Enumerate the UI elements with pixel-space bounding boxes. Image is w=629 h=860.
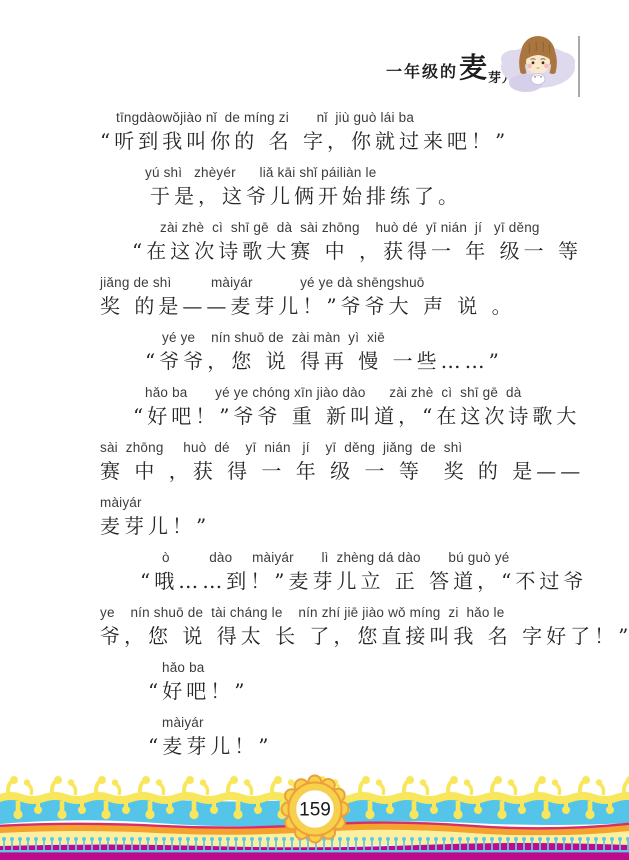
book-title-prefix: 一年级的 xyxy=(386,62,458,81)
pinyin-text: màiyár xyxy=(162,713,589,732)
book-title-main-char: 麦 xyxy=(459,51,487,84)
text-line: hǎo ba yé ye chóng xīn jiào dào zài zhè … xyxy=(100,383,589,430)
pinyin-text: yé ye nín shuō de zài màn yì xiē xyxy=(162,328,589,347)
hanzi-text: “好吧！” xyxy=(148,677,589,705)
hanzi-text: 麦芽儿！” xyxy=(100,512,589,540)
pinyin-text: hǎo ba yé ye chóng xīn jiào dào zài zhè … xyxy=(145,383,589,402)
pinyin-text: tīngdàowǒjiào nǐ de míng zi nǐ jiù guò l… xyxy=(116,108,589,127)
page-number: 159 xyxy=(299,800,331,821)
pinyin-text: hǎo ba xyxy=(162,658,589,677)
pinyin-text: zài zhè cì shī gē dà sài zhōng huò dé yī… xyxy=(160,218,589,237)
hanzi-text: 奖 的是——麦芽儿！”爷爷大 声 说 。 xyxy=(100,292,589,320)
hanzi-text: “听到我叫你的 名 字，你就过来吧！” xyxy=(100,127,589,155)
pinyin-text: sài zhōng huò dé yī nián jí yī děng jiǎn… xyxy=(100,438,589,457)
hanzi-text: 赛 中 ，获 得 一 年 级 一 等 奖 的 是—— xyxy=(100,457,589,485)
pinyin-text: jiǎng de shì màiyár yé ye dà shēngshuō xyxy=(100,273,589,292)
pinyin-text: ò dào màiyár lì zhèng dá dào bú guò yé xyxy=(162,548,589,567)
text-line: hǎo ba “好吧！” xyxy=(100,658,589,705)
hanzi-text: “麦芽儿！” xyxy=(148,732,589,760)
hanzi-text: 爷，您 说 得太 长 了，您直接叫我 名 字好了！” xyxy=(100,622,589,650)
text-line: tīngdàowǒjiào nǐ de míng zi nǐ jiù guò l… xyxy=(100,108,589,155)
hanzi-text: “在这次诗歌大赛 中 ，获得一 年 级一 等 xyxy=(132,237,589,265)
pinyin-text: màiyár xyxy=(100,493,589,512)
hanzi-text: 于是，这爷儿俩开始排练了。 xyxy=(150,182,589,210)
book-title: 一年级的麦芽儿 xyxy=(386,46,516,86)
text-line: ò dào màiyár lì zhèng dá dào bú guò yé “… xyxy=(100,548,589,595)
text-line: màiyár “麦芽儿！” xyxy=(100,713,589,760)
book-page: 一年级的麦芽儿 xyxy=(0,0,629,860)
girl-face xyxy=(519,36,557,74)
girl-illustration xyxy=(498,31,578,97)
text-line: yé ye nín shuō de zài màn yì xiē “爷爷，您 说… xyxy=(100,328,589,375)
text-line: ye nín shuō de tài cháng le nín zhí jiē … xyxy=(100,603,589,650)
header-divider xyxy=(578,36,580,97)
hanzi-text: “爷爷，您 说 得再 慢 一些……” xyxy=(145,347,589,375)
decorative-footer: 159 xyxy=(0,774,629,860)
page-number-badge: 159 xyxy=(278,772,352,846)
pinyin-text: yú shì zhèyér liǎ kāi shǐ páiliàn le xyxy=(145,163,589,182)
text-line: yú shì zhèyér liǎ kāi shǐ páiliàn le 于是，… xyxy=(100,163,589,210)
pinyin-text: ye nín shuō de tài cháng le nín zhí jiē … xyxy=(100,603,589,622)
text-line: màiyár 麦芽儿！” xyxy=(100,493,589,540)
story-text: tīngdàowǒjiào nǐ de míng zi nǐ jiù guò l… xyxy=(0,108,629,768)
girl-body xyxy=(531,74,545,85)
text-line: sài zhōng huò dé yī nián jí yī děng jiǎn… xyxy=(100,438,589,485)
hanzi-text: “哦……到！”麦芽儿立 正 答道，“不过爷 xyxy=(140,567,589,595)
text-line: zài zhè cì shī gē dà sài zhōng huò dé yī… xyxy=(100,218,589,265)
text-line: jiǎng de shì màiyár yé ye dà shēngshuō 奖… xyxy=(100,273,589,320)
hanzi-text: “好吧！”爷爷 重 新叫道，“在这次诗歌大 xyxy=(133,402,589,430)
